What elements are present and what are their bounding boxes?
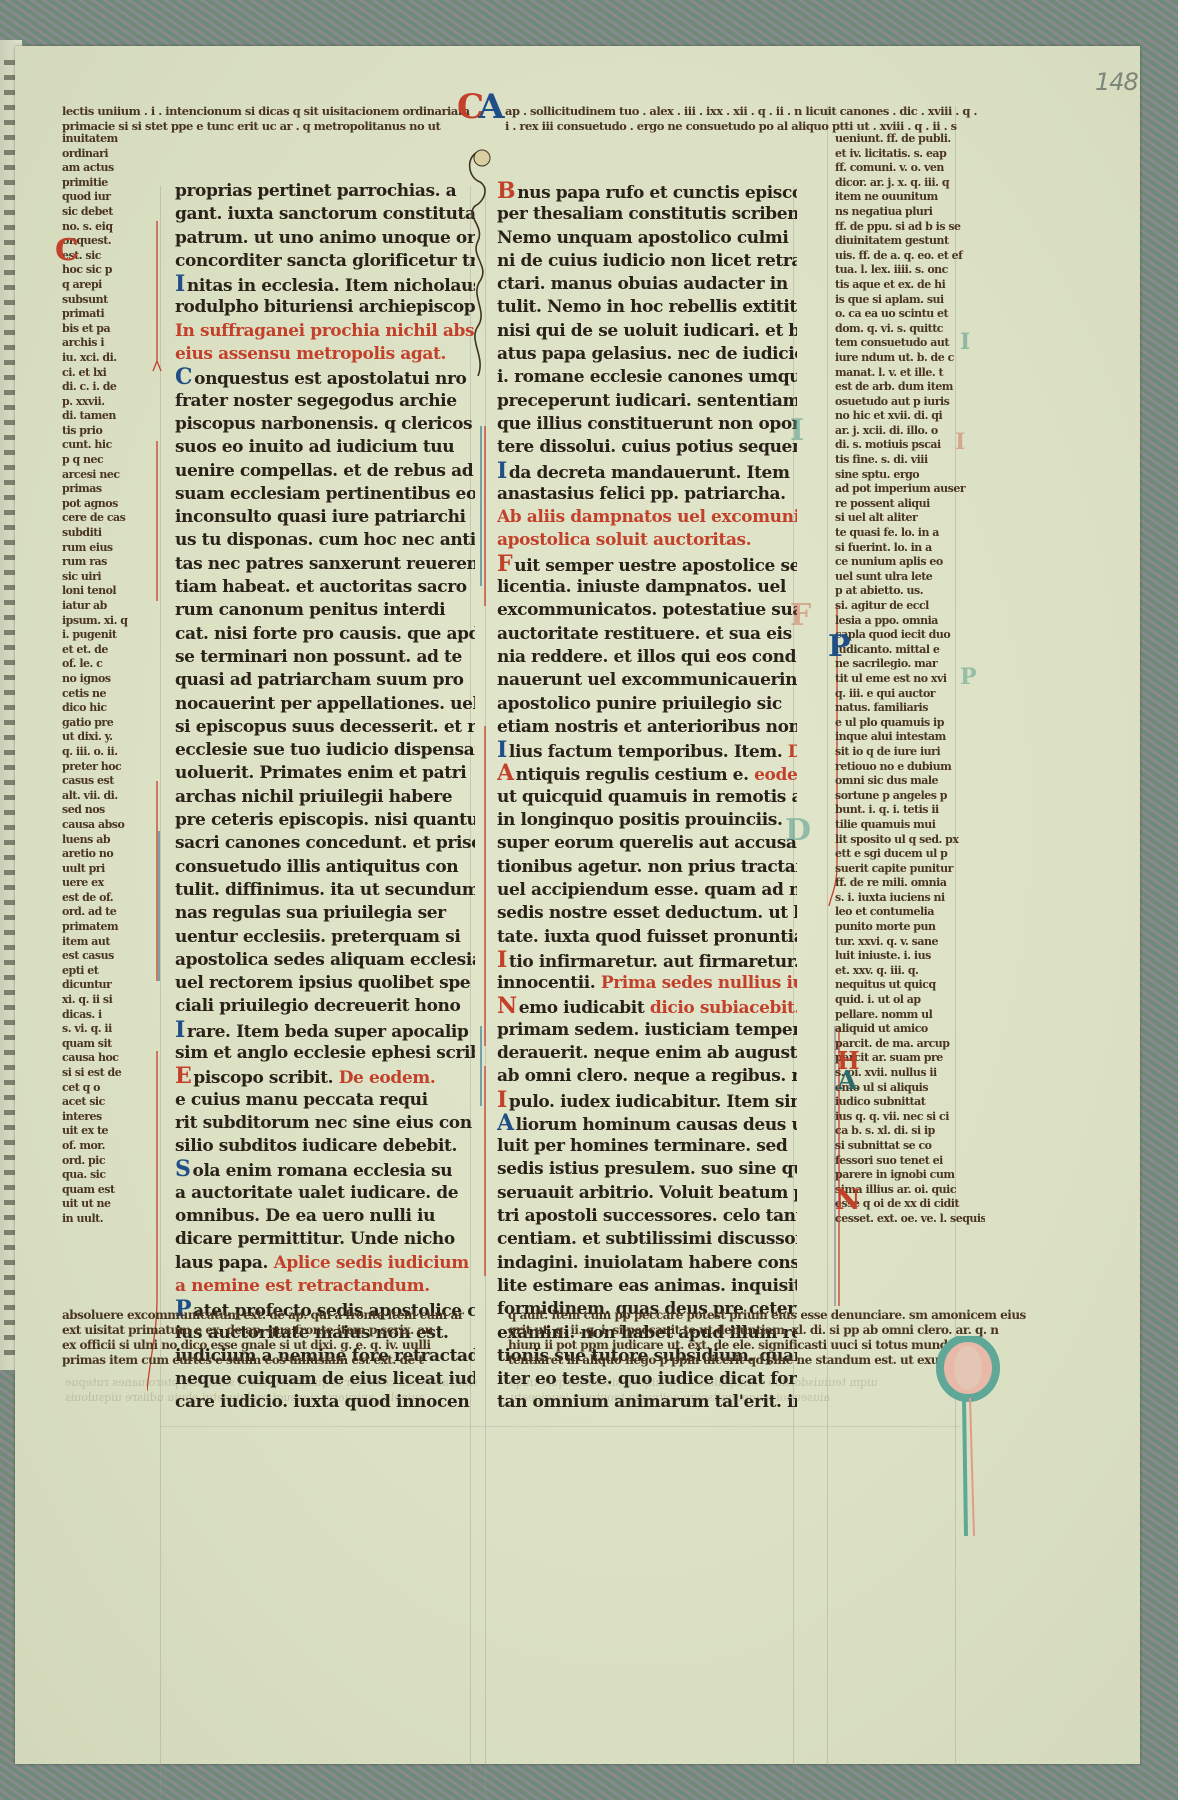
gloss-line: ett e sgi ducem ul p <box>835 847 985 862</box>
text-line: tionibus agetur. non prius tractandum <box>497 856 797 879</box>
gloss-line: tis prio <box>62 424 152 439</box>
gloss-line: aliquid ut amico <box>835 1022 985 1037</box>
manuscript-page: 148 lectis uniium . i . intencionum si d… <box>15 46 1140 1764</box>
text-line: uentur ecclesiis. preterquam si <box>175 926 475 949</box>
line-text: per thesaliam constitutis scribens ait. <box>497 204 797 224</box>
line-text: omnibus. De ea uero nulli iu <box>175 1206 435 1226</box>
line-text: concorditer sancta glorificetur tri <box>175 251 475 271</box>
line-text: archas nichil priuilegii habere <box>175 787 452 807</box>
gloss-line: ff. comuni. v. o. ven <box>835 161 985 176</box>
initial-letter: A <box>497 762 514 785</box>
text-line: uenire compellas. et de rebus ad <box>175 460 475 483</box>
text-line: primam sedem. iusticiam temperare desi <box>497 1019 797 1042</box>
gloss-line: fessori suo tenet ei <box>835 1154 985 1169</box>
gloss-line: si subnittat se co <box>835 1139 985 1154</box>
gloss-line: causa abso <box>62 818 152 833</box>
initial-letter: I <box>175 1019 185 1042</box>
text-line: consuetudo illis antiquitus con <box>175 856 475 879</box>
gloss-line: et. xxv. q. iii. q. <box>835 964 985 979</box>
gloss-line: ueniunt. ff. de publi. <box>835 132 985 147</box>
text-line: luit per homines terminare. sed <box>497 1135 797 1158</box>
line-text: quasi ad patriarcham suum pro <box>175 670 464 690</box>
line-text: tio infirmaretur. aut firmaretur. Item <box>509 952 797 972</box>
gloss-line: of. le. c <box>62 657 152 672</box>
text-line: atus papa gelasius. nec de iudicio eius <box>497 343 797 366</box>
gloss-line: item aut <box>62 935 152 950</box>
gloss-line: qua. sic <box>62 1168 152 1183</box>
text-line: rit subditorum nec sine eius con <box>175 1112 475 1135</box>
gloss-line: ca b. s. xl. di. si ip <box>835 1124 985 1139</box>
text-line: nauerunt uel excommunicauerint <box>497 669 797 692</box>
line-text: onquestus est apostolatui nro <box>194 369 466 389</box>
text-line: tulit. diffinimus. ita ut secundum nice <box>175 879 475 902</box>
line-text: proprias pertinet parrochias. a <box>175 181 456 201</box>
gloss-line: sortune p angeles p <box>835 789 985 804</box>
gloss-line: o. ca ea uo scintu et <box>835 307 985 322</box>
line-text: auctoritate restituere. et sua eis om <box>497 624 797 644</box>
line-text: pulo. iudex iudicabitur. Item simach. <box>509 1092 797 1112</box>
text-line: Nemo iudicabit dicio subiacebit. <box>497 995 797 1018</box>
line-text: tiam habeat. et auctoritas sacro <box>175 577 467 597</box>
gloss-line: te quasi fe. lo. in a <box>835 526 985 541</box>
gloss-line: i. pugenit <box>62 628 152 643</box>
text-line: ut quicquid quamuis in remotis aut <box>497 786 797 809</box>
gloss-line: suerit capite punitur <box>835 862 985 877</box>
text-line: auctoritate restituere. et sua eis om <box>497 623 797 646</box>
initial-letter: I <box>497 949 507 972</box>
gloss-line: arcesi nec <box>62 468 152 483</box>
pen-flourish-icon <box>475 426 495 1286</box>
folio-number: 148 <box>1095 68 1138 96</box>
text-line: patrum. ut uno animo unoque ore <box>175 227 475 250</box>
gloss-line: p at abietto. us. <box>835 584 985 599</box>
gloss-line: leo et contumelia <box>835 905 985 920</box>
gloss-line: ci. et lxi <box>62 366 152 381</box>
gloss-line: xi. q. ii si <box>62 993 152 1008</box>
gloss-line: primas item cum curtes e suum eos uniusi… <box>62 1353 464 1368</box>
gloss-line: cetis ne <box>62 687 152 702</box>
line-text: nitas in ecclesia. Item nicholaus <box>187 276 475 296</box>
line-text: nisi qui de se uoluit iudicari. et be <box>497 321 797 341</box>
line-text: consuetudo illis antiquitus con <box>175 857 458 877</box>
text-line: per thesaliam constitutis scribens ait. <box>497 203 797 226</box>
line-text: tulit. Nemo in hoc rebellis extitit. <box>497 297 797 317</box>
text-line: e cuius manu peccata requi <box>175 1089 475 1112</box>
gloss-line: diuinitatem gestunt <box>835 234 985 249</box>
gloss-line: interes <box>62 1110 152 1125</box>
text-line: excommunicatos. potestatiue sua <box>497 599 797 622</box>
text-line: Fuit semper uestre apostolice sedis <box>497 553 797 576</box>
text-line: se terminari non possunt. ad te <box>175 646 475 669</box>
gloss-line: gatio pre <box>62 716 152 731</box>
rubric-text: dicio subiacebit. <box>650 998 797 1018</box>
text-line: Sola enim romana ecclesia su <box>175 1158 475 1181</box>
line-text: uoluerit. Primates enim et patri <box>175 763 466 783</box>
text-line: etiam nostris et anterioribus nonnul <box>497 716 797 739</box>
text-line: Itio infirmaretur. aut firmaretur. Item <box>497 949 797 972</box>
gloss-line: primatem <box>62 920 152 935</box>
gloss-line: is que si aplam. sui <box>835 293 985 308</box>
gloss-line: ipsum. xi. q <box>62 614 152 629</box>
initial-letter: I <box>497 1089 507 1112</box>
gloss-line: ordinari <box>62 147 152 162</box>
gloss-line: no. s. eiq <box>62 220 152 235</box>
line-text: anastasius felici pp. patriarcha. <box>497 484 786 504</box>
line-text: tri apostoli successores. celo tantum de… <box>497 1206 797 1226</box>
text-line: suos eo inuito ad iudicium tuu <box>175 436 475 459</box>
line-text: rodulpho bituriensi archiepiscopo. <box>175 297 475 317</box>
line-text: cat. nisi forte pro causis. que apd <box>175 624 475 644</box>
line-text: apostolico punire priuilegio sic <box>497 694 782 714</box>
line-text: a auctoritate ualet iudicare. de <box>175 1183 458 1203</box>
line-text: ntiquis regulis cestium e. <box>516 765 754 785</box>
gloss-line: in uult. <box>62 1212 152 1227</box>
text-line: Ilius factum temporibus. Item. De <box>497 739 797 762</box>
guide-letter-i: I <box>955 431 965 453</box>
gloss-line: q auit. item cum pp peccare potest prium… <box>508 1308 1026 1323</box>
text-line: archas nichil priuilegii habere <box>175 786 475 809</box>
gloss-line: sed nos <box>62 803 152 818</box>
gloss-line: primacie si si stet ppe e tunc erit uc a… <box>62 119 470 134</box>
header-gloss-right: ap . sollicitudinem tuo . alex . iii . i… <box>505 104 977 133</box>
line-text: uenire compellas. et de rebus ad <box>175 461 473 481</box>
gloss-line: uis. ff. de a. q. eo. et ef <box>835 249 985 264</box>
gloss-line: di. c. i. de <box>62 380 152 395</box>
line-text: ciali priuilegio decreuerit hono <box>175 996 460 1016</box>
gloss-line: pot agnos <box>62 497 152 512</box>
line-text: lite estimare eas animas. inquisitionis … <box>497 1276 797 1296</box>
gloss-line: dicor. ar. j. x. q. iii. q <box>835 176 985 191</box>
show-through-text: uiqm teuiuisdoisiuo ebnuqsaloiaeu tueuiq… <box>510 1376 878 1390</box>
gloss-line: iatur ab <box>62 599 152 614</box>
gloss-line: lit sposito ul q sed. px <box>835 833 985 848</box>
line-text: atus papa gelasius. nec de iudicio eius <box>497 344 797 364</box>
line-text: ut quicquid quamuis in remotis aut <box>497 787 797 807</box>
initial-letter: I <box>497 739 507 762</box>
text-line: proprias pertinet parrochias. a <box>175 180 475 203</box>
line-text: tere dissolui. cuius potius sequen <box>497 437 797 457</box>
line-text: tulit. diffinimus. ita ut secundum nice <box>175 880 475 900</box>
line-text: apostolica sedes aliquam ecclesiam <box>175 950 475 970</box>
text-line: uel accipiendum esse. quam ad notitiam a… <box>497 879 797 902</box>
rubric-text: eius assensu metropolis agat. <box>175 344 446 364</box>
gloss-line: alt. vii. di. <box>62 789 152 804</box>
line-text: lius factum temporibus. Item. <box>509 742 788 762</box>
text-line: nocauerint per appellationes. uel <box>175 693 475 716</box>
gloss-line: si si est de <box>62 1066 152 1081</box>
guide-letter-i: I <box>790 416 804 446</box>
line-text: derauerit. neque enim ab augusto. neque <box>497 1043 797 1063</box>
initial-letter: F <box>497 553 512 576</box>
text-line: Initas in ecclesia. Item nicholaus <box>175 273 475 296</box>
text-line: frater noster segegodus archie <box>175 390 475 413</box>
text-line: nisi qui de se uoluit iudicari. et be <box>497 320 797 343</box>
text-line: inconsulto quasi iure patriarchi <box>175 506 475 529</box>
line-text: si episcopus suus decesserit. et res <box>175 717 475 737</box>
gloss-line: osuetudo aut p iuris <box>835 395 985 410</box>
gloss-line: luit iniuste. i. ius <box>835 949 985 964</box>
line-text: uentur ecclesiis. preterquam si <box>175 927 460 947</box>
text-line: apostolica soluit auctoritas. <box>497 529 797 552</box>
gloss-line: sic debet <box>62 205 152 220</box>
line-text: dicare permittitur. Unde nicho <box>175 1229 455 1249</box>
gloss-line: ex officii si ulni no dico esse gnale si… <box>62 1338 464 1353</box>
line-text: inconsulto quasi iure patriarchi <box>175 507 466 527</box>
initial-n-right-gloss: N <box>835 1186 861 1214</box>
gloss-line: s. i. iuxta iuciens ni <box>835 891 985 906</box>
gloss-line: manat. l. v. et ille. t <box>835 366 985 381</box>
line-text: patrum. ut uno animo unoque ore <box>175 228 475 248</box>
text-line: nas regulas sua priuilegia ser <box>175 902 475 925</box>
text-line: Conquestus est apostolatui nro <box>175 366 475 389</box>
text-line: anastasius felici pp. patriarcha. <box>497 483 797 506</box>
gloss-line: no ignos <box>62 672 152 687</box>
text-line: a nemine est retractandum. <box>175 1275 475 1298</box>
line-text: sim et anglo ecclesie ephesi scribe. <box>175 1043 475 1063</box>
show-through-text: auinel s. apisueroi sioaeuqi reuluiusetq… <box>65 1391 425 1405</box>
initial-letter: I <box>175 273 185 296</box>
gloss-line: ap . sollicitudinem tuo . alex . iii . i… <box>505 104 977 119</box>
line-text: piscopus narbonensis. q clericos <box>175 414 472 434</box>
text-line: ciali priuilegio decreuerit hono <box>175 995 475 1018</box>
gloss-line: rum eius <box>62 541 152 556</box>
gloss-line: q. iii. o. ii. <box>62 745 152 760</box>
pen-flourish-icon <box>147 221 167 1401</box>
line-text: uit semper uestre apostolice sedis <box>514 556 797 576</box>
initial-letter: A <box>497 1112 514 1135</box>
gloss-line: subsunt <box>62 293 152 308</box>
text-line: uel rectorem ipsius quolibet spe <box>175 972 475 995</box>
line-text: piscopo scribit. <box>193 1068 338 1088</box>
rubric-text: apostolica soluit auctoritas. <box>497 530 751 550</box>
gloss-line: si. agitur de eccl <box>835 599 985 614</box>
gloss-line: tis fine. s. di. viii <box>835 453 985 468</box>
text-line: centiam. et subtilissimi discussoris <box>497 1228 797 1251</box>
gloss-line: e ul plo quamuis ip <box>835 716 985 731</box>
gloss-line: uel sunt ulra lete <box>835 570 985 585</box>
initial-c-left-gloss: C <box>55 236 79 266</box>
line-text: suam ecclesiam pertinentibus eo <box>175 484 475 504</box>
line-text: etiam nostris et anterioribus nonnul <box>497 717 797 737</box>
gloss-line: ext uisitat primatum e ex. de ap. qua fr… <box>62 1323 464 1338</box>
gloss-line: quid. i. ut ol ap <box>835 993 985 1008</box>
gloss-line: nequitus ut quicq <box>835 978 985 993</box>
gloss-line: dico hic <box>62 701 152 716</box>
line-text: nocauerint per appellationes. uel <box>175 694 475 714</box>
text-line: si episcopus suus decesserit. et res <box>175 716 475 739</box>
gloss-line: parere in ignobi cum <box>835 1168 985 1183</box>
gloss-line: capla quod iecit duo <box>835 628 985 643</box>
gloss-line: subditi <box>62 526 152 541</box>
text-line: sedis istius presulem. suo sine question… <box>497 1158 797 1181</box>
gloss-line: q arepi <box>62 278 152 293</box>
gloss-line: retiouo no e dubium <box>835 760 985 775</box>
gloss-line: ns negatiua pluri <box>835 205 985 220</box>
text-line: licentia. iniuste dampnatos. uel <box>497 576 797 599</box>
text-line: tiam habeat. et auctoritas sacro <box>175 576 475 599</box>
initial-p-right-gloss: P <box>828 632 851 662</box>
text-line: tate. iuxta quod fuisset pronuntia <box>497 926 797 949</box>
initial-letter: I <box>497 460 507 483</box>
text-line: Irare. Item beda super apocalip <box>175 1019 475 1042</box>
gloss-line: lesia a ppo. omnia <box>835 614 985 629</box>
line-text: indagini. inuiolatam habere conscientiam… <box>497 1253 797 1273</box>
gloss-line: tua. l. lex. iiii. s. onc <box>835 263 985 278</box>
initial-letter: N <box>497 995 517 1018</box>
gloss-line: primitie <box>62 176 152 191</box>
gloss-line: uere ex <box>62 876 152 891</box>
line-text: i. romane ecclesie canones umquam <box>497 367 797 387</box>
show-through-text: aiuseuuoi tsuqeuquitsoiqu eoitnusiq teou… <box>510 1391 830 1405</box>
rubric-text: In suffraganei prochia nichil absq <box>175 321 475 341</box>
gloss-line: absoluere excommunicatum ext. de ap. qui… <box>62 1308 464 1323</box>
text-line: ab omni clero. neque a regibus. neque a … <box>497 1065 797 1088</box>
gloss-line: tis aque et ex. de hi <box>835 278 985 293</box>
gloss-line: bis et pa <box>62 322 152 337</box>
initial-letter: C <box>175 366 192 389</box>
text-line: ni de cuius iudicio non licet retra <box>497 250 797 273</box>
line-text: laus papa. <box>175 1253 274 1273</box>
gloss-line: uult pri <box>62 862 152 877</box>
main-column-1: proprias pertinet parrochias. agant. iux… <box>175 180 475 1415</box>
gloss-line: archis i <box>62 336 152 351</box>
line-text: centiam. et subtilissimi discussoris <box>497 1229 797 1249</box>
gloss-line: p. xxvii. <box>62 395 152 410</box>
gloss-line: sic uiri <box>62 570 152 585</box>
text-line: dicare permittitur. Unde nicho <box>175 1228 475 1251</box>
main-column-2: Bnus papa rufo et cunctis episcopisper t… <box>497 180 797 1415</box>
line-text: tas nec patres sanxerunt reueren <box>175 554 475 574</box>
gloss-line: sit io q de iure iuri <box>835 745 985 760</box>
text-line: Antiquis regulis cestium e. eodem. <box>497 762 797 785</box>
line-text: super eorum querelis aut accusa <box>497 833 797 853</box>
guide-letter-f: F <box>790 601 811 631</box>
line-text: gant. iuxta sanctorum constituta <box>175 204 475 224</box>
gloss-line: tur. xxvi. q. v. sane <box>835 935 985 950</box>
line-text: nas regulas sua priuilegia ser <box>175 903 446 923</box>
text-line: preceperunt iudicari. sententiam <box>497 390 797 413</box>
gloss-line: quam est <box>62 1183 152 1198</box>
show-through-text: sinifrateronda ceduerer is quadiscetuiua… <box>65 1376 478 1390</box>
text-line: nia reddere. et illos qui eos condemp <box>497 646 797 669</box>
text-line: in longinquo positis prouinciis. <box>497 809 797 832</box>
gloss-line: iudicanto. mittal e <box>835 643 985 658</box>
text-line: piscopus narbonensis. q clericos <box>175 413 475 436</box>
gloss-line: ord. pic <box>62 1154 152 1169</box>
text-line: tri apostoli successores. celo tantum de… <box>497 1205 797 1228</box>
rubric-text: Ab aliis dampnatos uel excomunicatos <box>497 507 797 527</box>
gloss-line: am actus <box>62 161 152 176</box>
rubric-text: Prima sedes nullius iu <box>601 973 797 993</box>
text-line: Nemo unquam apostolico culmi <box>497 227 797 250</box>
line-text: nauerunt uel excommunicauerint <box>497 670 797 690</box>
gloss-line: epti et <box>62 964 152 979</box>
gloss-line: quod iur <box>62 190 152 205</box>
text-line: sedis nostre esset deductum. ut huius au… <box>497 902 797 925</box>
text-line: seruauit arbitrio. Voluit beatum pe <box>497 1182 797 1205</box>
gloss-line: ad pot imperium auser <box>835 482 985 497</box>
text-line: Episcopo scribit. De eodem. <box>175 1065 475 1088</box>
text-line: laus papa. Aplice sedis iudicium <box>175 1252 475 1275</box>
gloss-line: cet q o <box>62 1081 152 1096</box>
text-line: lite estimare eas animas. inquisitionis … <box>497 1275 797 1298</box>
gloss-line: primati <box>62 307 152 322</box>
line-text: primam sedem. iusticiam temperare desi <box>497 1020 797 1040</box>
gloss-line: bunt. i. q. i. tetis ii <box>835 803 985 818</box>
guide-letter-i: I <box>960 331 970 353</box>
gloss-line: ut dixi. y. <box>62 730 152 745</box>
text-line: sacri canones concedunt. et prisca <box>175 832 475 855</box>
gloss-line: no hic et xvii. di. qi <box>835 409 985 424</box>
gloss-line: si uel alt aliter <box>835 511 985 526</box>
gloss-line: acet sic <box>62 1095 152 1110</box>
text-line: Aliorum hominum causas deus uo De eode. <box>497 1112 797 1135</box>
text-line: super eorum querelis aut accusa <box>497 832 797 855</box>
gloss-line: lectis uniium . i . intencionum si dicas… <box>62 104 470 119</box>
text-line: suam ecclesiam pertinentibus eo <box>175 483 475 506</box>
text-line: apostolica sedes aliquam ecclesiam <box>175 949 475 972</box>
text-line: omnibus. De ea uero nulli iu <box>175 1205 475 1228</box>
text-line: rum canonum penitus interdi <box>175 599 475 622</box>
gloss-line: emo ul si aliquis <box>835 1081 985 1096</box>
gloss-line: sine sptu. ergo <box>835 468 985 483</box>
grotesque-flourish-icon <box>460 146 500 386</box>
line-text: uel rectorem ipsius quolibet spe <box>175 973 470 993</box>
text-line: Ida decreta mandauerunt. Item <box>497 460 797 483</box>
gloss-line: item ne ouunitum <box>835 190 985 205</box>
line-text: sedis istius presulem. suo sine question… <box>497 1159 797 1179</box>
text-line: innocentii. Prima sedes nullius iu <box>497 972 797 995</box>
line-text: excommunicatos. potestatiue sua <box>497 600 797 620</box>
text-line: rodulpho bituriensi archiepiscopo. <box>175 296 475 319</box>
line-text: frater noster segegodus archie <box>175 391 457 411</box>
line-text: preceperunt iudicari. sententiam <box>497 391 797 411</box>
gloss-line: preter hoc <box>62 760 152 775</box>
text-line: Ab aliis dampnatos uel excomunicatos <box>497 506 797 529</box>
text-line: quasi ad patriarcham suum pro <box>175 669 475 692</box>
text-line: indagini. inuiolatam habere conscientiam… <box>497 1252 797 1275</box>
text-line: pre ceteris episcopis. nisi quantum <box>175 809 475 832</box>
gloss-line: cunt. hic <box>62 438 152 453</box>
gloss-line: si fuerint. lo. in a <box>835 541 985 556</box>
gloss-line: rum ras <box>62 555 152 570</box>
initial-ca: CA <box>457 90 504 124</box>
gloss-line: est de arb. dum item <box>835 380 985 395</box>
gloss-line: natus. familiaris <box>835 701 985 716</box>
text-line: cat. nisi forte pro causis. que apd <box>175 623 475 646</box>
text-line: sim et anglo ecclesie ephesi scribe. <box>175 1042 475 1065</box>
text-line: Ipulo. iudex iudicabitur. Item simach. <box>497 1089 797 1112</box>
text-line: In suffraganei prochia nichil absq <box>175 320 475 343</box>
line-text: se terminari non possunt. ad te <box>175 647 462 667</box>
line-text: ola enim romana ecclesia su <box>193 1161 453 1181</box>
gloss-line: ff. de ppu. si ad b is se <box>835 220 985 235</box>
gloss-line: i . rex iii consuetudo . ergo ne consuet… <box>505 119 977 134</box>
line-text: pre ceteris episcopis. nisi quantum <box>175 810 475 830</box>
guide-letter-d: D <box>785 816 811 846</box>
text-line: que illius constituerunt non opor <box>497 413 797 436</box>
line-text: nus papa rufo et cunctis episcopis <box>517 183 797 203</box>
guide-letter-p: P <box>960 666 977 688</box>
line-text: silio subditos iudicare debebit. <box>175 1136 457 1156</box>
gloss-line: et iv. licitatis. s. eap <box>835 147 985 162</box>
gloss-line: causa hoc <box>62 1051 152 1066</box>
decorated-initial-o-icon <box>930 1336 1010 1566</box>
gloss-line: inuitatem <box>62 132 152 147</box>
line-text: suos eo inuito ad iudicium tuu <box>175 437 454 457</box>
rubric-text: De eodem. <box>339 1068 436 1088</box>
header-gloss-left: lectis uniium . i . intencionum si dicas… <box>62 104 470 133</box>
